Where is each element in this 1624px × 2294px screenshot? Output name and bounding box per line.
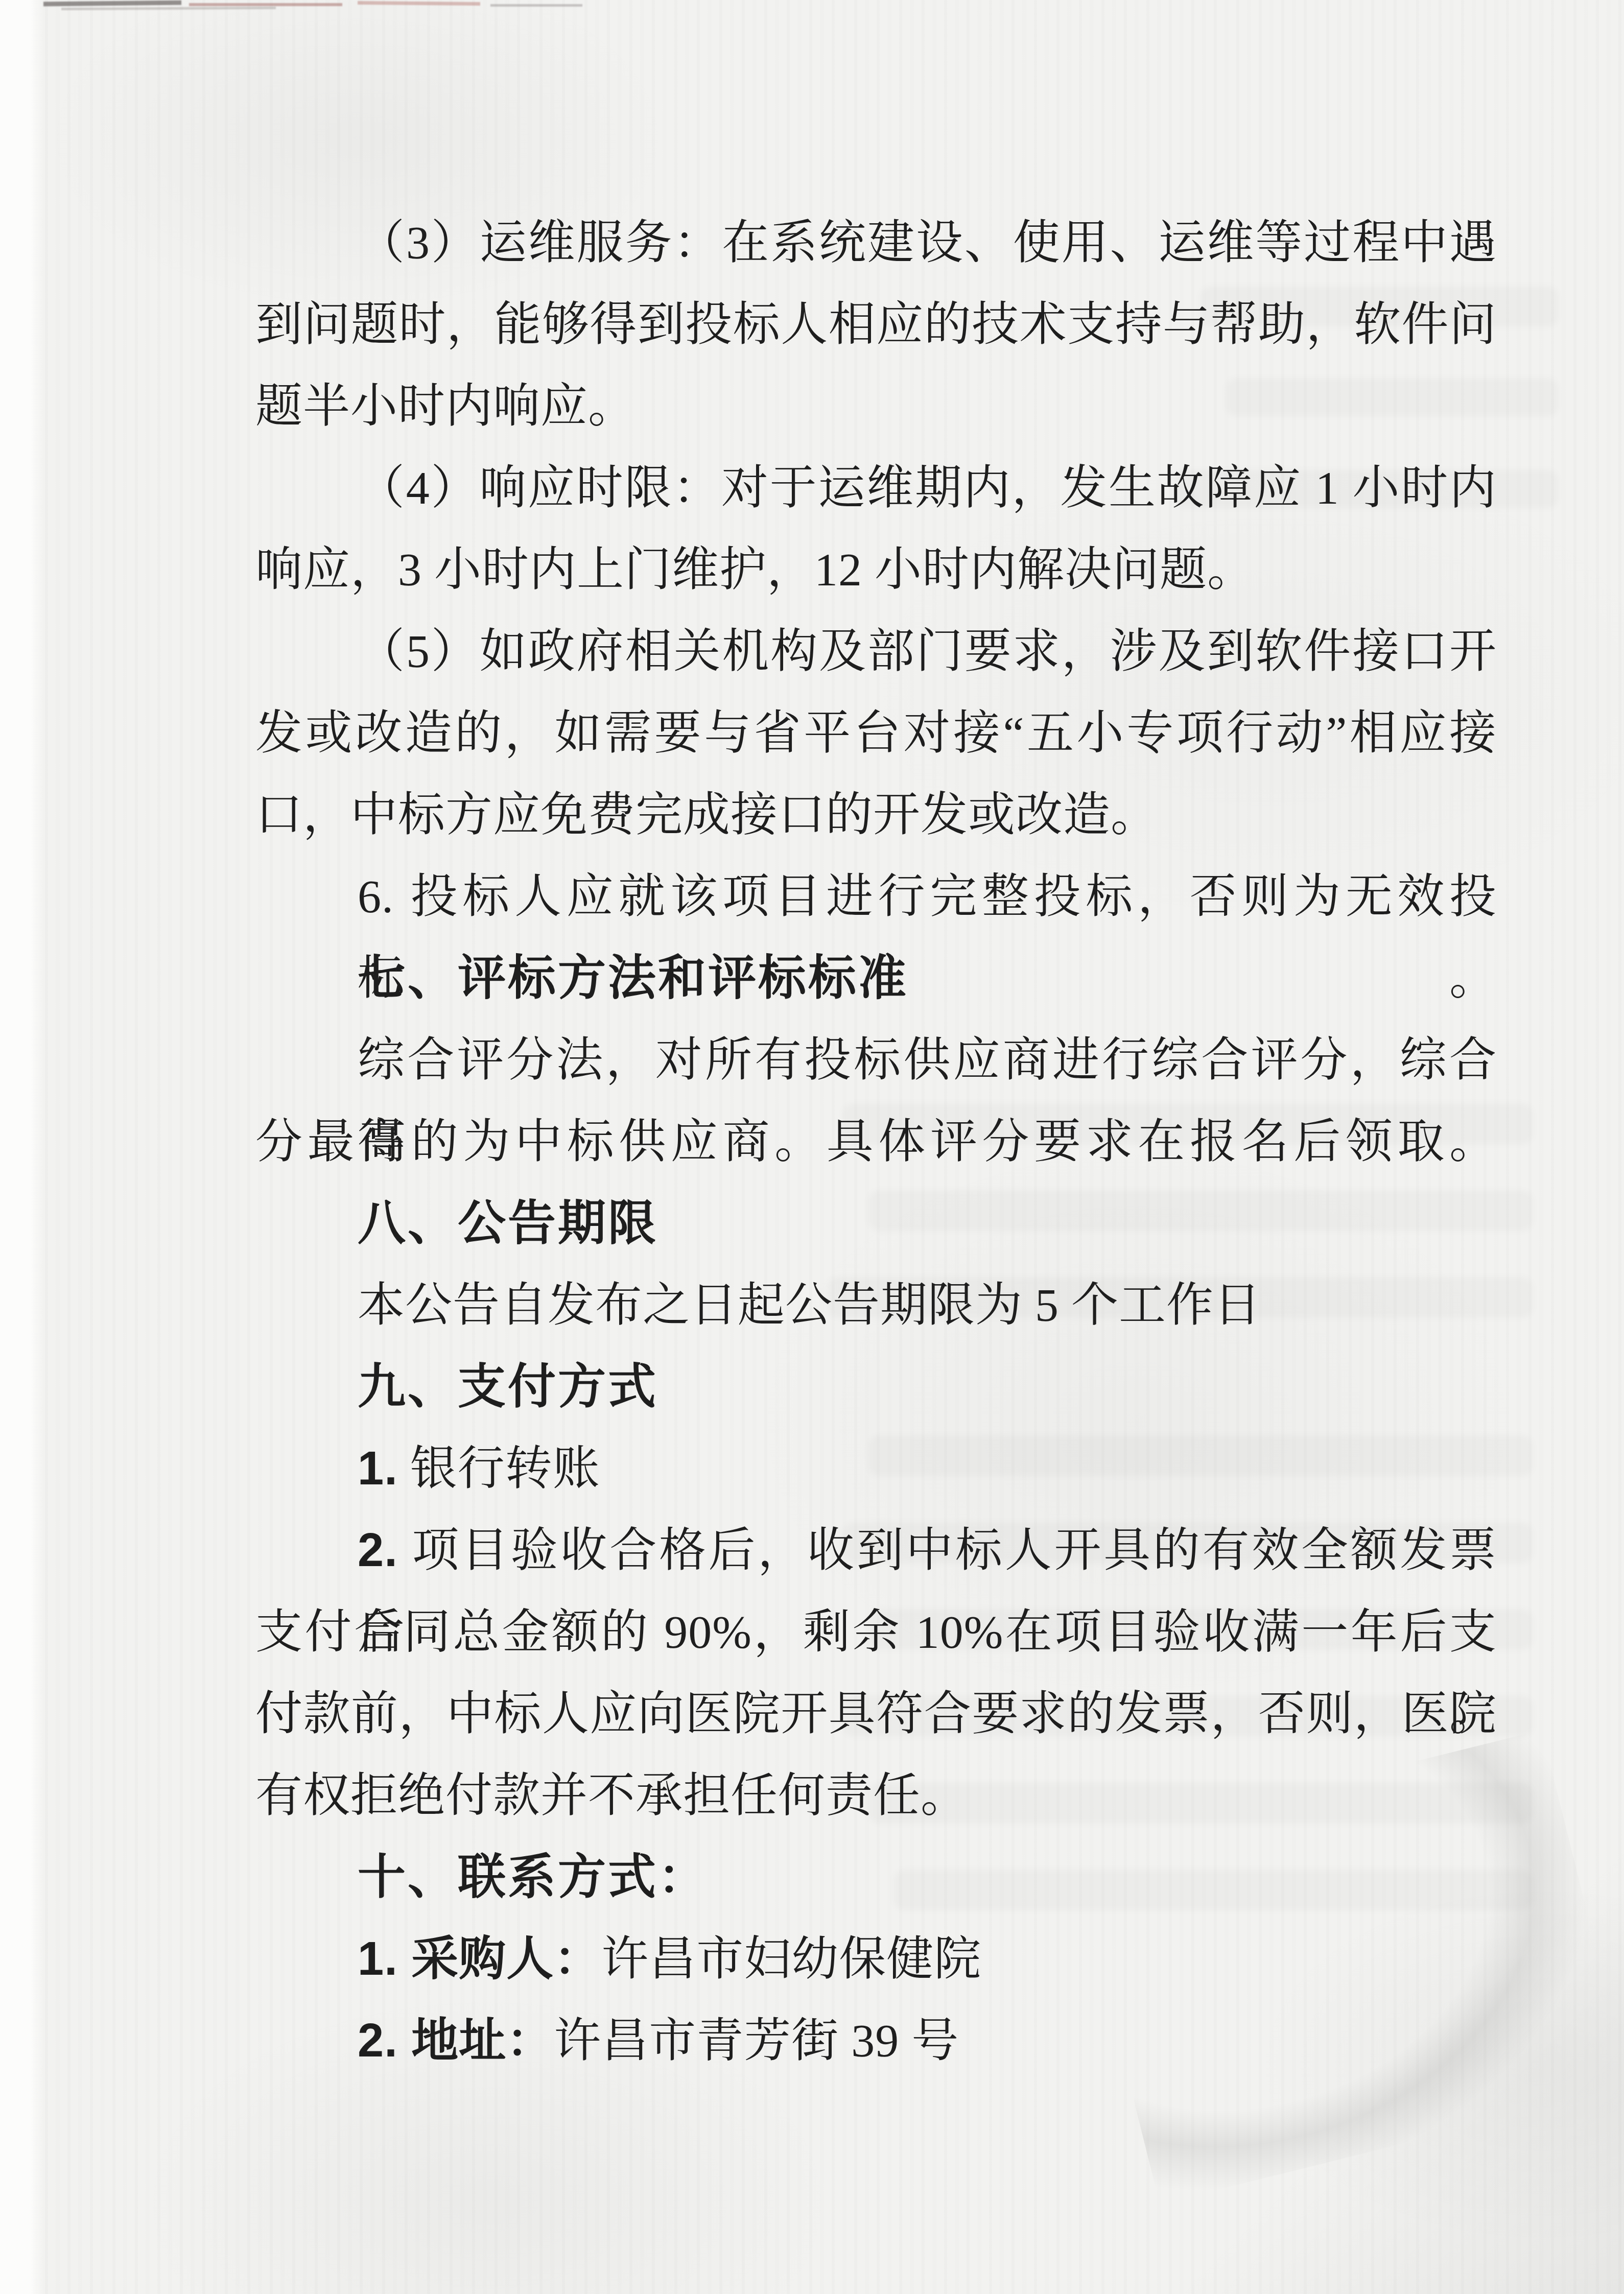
heading-payment-method: 九、支付方式 xyxy=(255,1346,1497,1428)
purchaser-label: 1. 采购人： xyxy=(358,1933,601,1985)
list-number: 1. xyxy=(358,1442,398,1495)
line-bank-transfer: 1. 银行转账 xyxy=(255,1428,1497,1509)
address-label: 2. 地址： xyxy=(358,2015,554,2067)
line-response-time-2: 响应，3 小时内上门维护，12 小时内解决问题。 xyxy=(255,529,1497,610)
line-payment-terms-3: 付款前，中标人应向医院开具符合要求的发票，否则，医院 xyxy=(255,1673,1497,1755)
line-scoring-1: 综合评分法，对所有投标供应商进行综合评分，综合得 xyxy=(255,1019,1497,1101)
pen-scratch-artifact xyxy=(189,3,342,6)
document-body: （3）运维服务：在系统建设、使用、运维等过程中遇 到问题时，能够得到投标人相应的… xyxy=(255,202,1497,2082)
pen-scratch-artifact xyxy=(43,1,181,7)
pen-scratch-artifact xyxy=(358,1,480,6)
list-number: 2. xyxy=(358,1524,398,1576)
heading-evaluation-method: 七、评标方法和评标标准 xyxy=(255,937,1497,1019)
line-address: 2. 地址：许昌市青芳街 39 号 xyxy=(255,2000,1497,2082)
pen-scratch-artifact xyxy=(490,4,582,7)
address-value: 许昌市青芳街 39 号 xyxy=(554,2015,959,2067)
line-ops-service-2: 到问题时，能够得到投标人相应的技术支持与帮助，软件问 xyxy=(255,283,1497,365)
heading-announcement-period: 八、公告期限 xyxy=(255,1183,1497,1264)
line-payment-terms-2: 支付合同总金额的 90%，剩余 10%在项目验收满一年后支付。 xyxy=(255,1591,1497,1673)
line-gov-interface-1: （5）如政府相关机构及部门要求，涉及到软件接口开 xyxy=(255,610,1497,692)
heading-contact: 十、联系方式： xyxy=(255,1836,1497,1918)
line-ops-service-1: （3）运维服务：在系统建设、使用、运维等过程中遇 xyxy=(255,202,1497,283)
line-payment-terms-1: 2. 项目验收合格后，收到中标人开具的有效全额发票后 xyxy=(255,1509,1497,1591)
line-complete-bid: 6. 投标人应就该项目进行完整投标，否则为无效投标。 xyxy=(255,856,1497,937)
line-gov-interface-3: 口，中标方应免费完成接口的开发或改造。 xyxy=(255,774,1497,856)
line-ops-service-3: 题半小时内响应。 xyxy=(255,365,1497,447)
page-left-edge-highlight xyxy=(0,0,43,2294)
line-response-time-1: （4）响应时限：对于运维期内，发生故障应 1 小时内 xyxy=(255,447,1497,529)
line-announcement-period: 本公告自发布之日起公告期限为 5 个工作日 xyxy=(255,1264,1497,1346)
line-purchaser: 1. 采购人：许昌市妇幼保健院 xyxy=(255,1918,1497,2000)
line-scoring-2: 分最高的为中标供应商。具体评分要求在报名后领取。 xyxy=(255,1101,1497,1183)
pen-scratch-artifact xyxy=(61,7,276,10)
line-gov-interface-2: 发或改造的，如需要与省平台对接“五小专项行动”相应接 xyxy=(255,692,1497,774)
line-payment-terms-4: 有权拒绝付款并不承担任何责任。 xyxy=(255,1755,1497,1836)
line-bank-transfer-text: 银行转账 xyxy=(398,1442,600,1495)
scanned-document-page: （3）运维服务：在系统建设、使用、运维等过程中遇 到问题时，能够得到投标人相应的… xyxy=(0,0,1624,2294)
purchaser-value: 许昌市妇幼保健院 xyxy=(601,1933,981,1985)
